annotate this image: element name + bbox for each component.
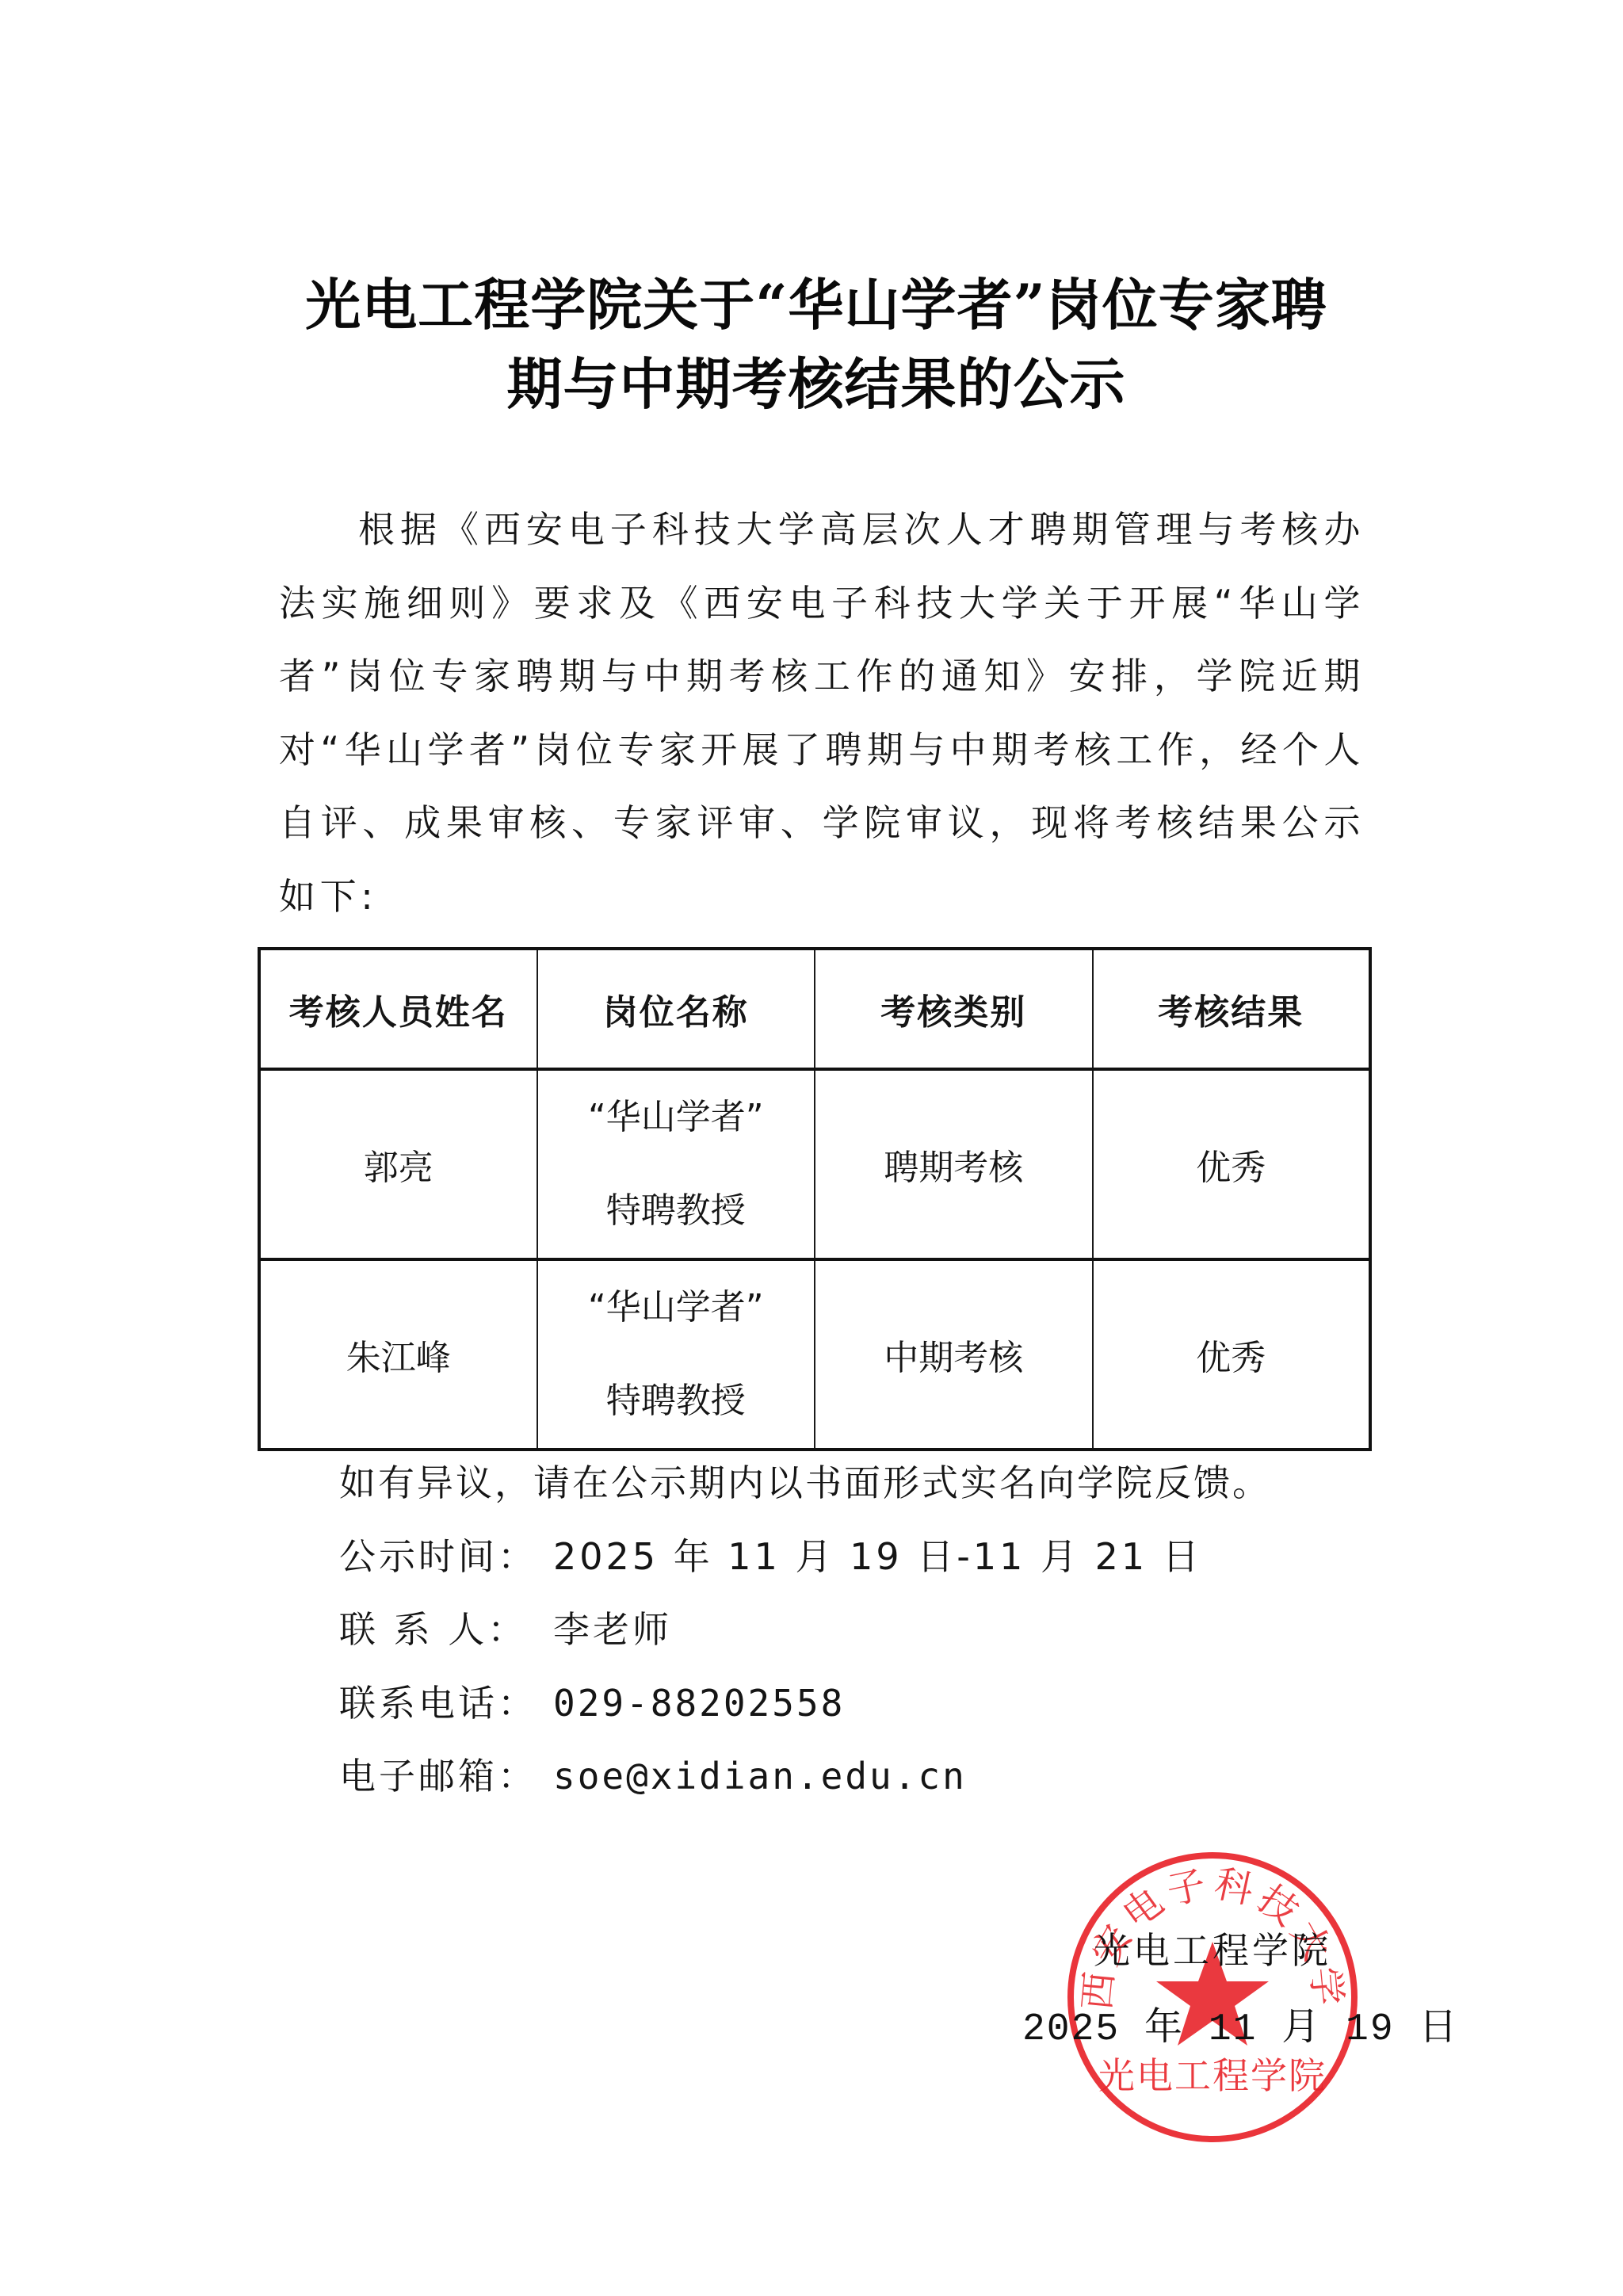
signature-organization: 光电工程学院: [1074, 1922, 1351, 1974]
position-line-1: “华山学者”: [538, 1261, 815, 1354]
cell-result: 优秀: [1093, 1069, 1371, 1259]
cell-name: 郭亮: [259, 1069, 537, 1259]
document-title: 光电工程学院关于“华山学者”岗位专家聘 期与中期考核结果的公示: [262, 266, 1371, 424]
phone-label: 联系电话：: [339, 1667, 553, 1740]
period-row: 公示时间：2025 年 11 月 19 日-11 月 21 日: [339, 1520, 1369, 1594]
contact-person-row: 联 系 人：李老师: [339, 1593, 1369, 1667]
email-row: 电子邮箱：soe@xidian.edu.cn: [339, 1740, 1369, 1813]
phone-row: 联系电话：029-88202558: [339, 1667, 1369, 1740]
objection-note: 如有异议，请在公示期内以书面形式实名向学院反馈。: [339, 1446, 1369, 1520]
header-position: 岗位名称: [537, 949, 815, 1069]
position-line-1: “华山学者”: [538, 1071, 815, 1164]
period-label: 公示时间：: [339, 1520, 553, 1594]
position-line-2: 特聘教授: [538, 1354, 815, 1448]
cell-category: 聘期考核: [815, 1069, 1093, 1259]
header-name: 考核人员姓名: [259, 949, 537, 1069]
results-table: 考核人员姓名 岗位名称 考核类别 考核结果 郭亮 “华山学者” 特聘教授 聘期考…: [258, 947, 1372, 1451]
body-paragraph: 根据《西安电子科技大学高层次人才聘期管理与考核办法实施细则》要求及《西安电子科技…: [279, 493, 1365, 933]
seal-inner-text: 光电工程学院: [1098, 2054, 1327, 2097]
signature-date: 2025 年 11 月 19 日: [1022, 1996, 1395, 2051]
cell-category: 中期考核: [815, 1259, 1093, 1450]
header-category: 考核类别: [815, 949, 1093, 1069]
period-value: 2025 年 11 月 19 日-11 月 21 日: [553, 1535, 1202, 1578]
notes-section: 如有异议，请在公示期内以书面形式实名向学院反馈。 公示时间：2025 年 11 …: [339, 1446, 1369, 1813]
table-header-row: 考核人员姓名 岗位名称 考核类别 考核结果: [259, 949, 1370, 1069]
email-label: 电子邮箱：: [339, 1740, 553, 1813]
table-row: 郭亮 “华山学者” 特聘教授 聘期考核 优秀: [259, 1069, 1370, 1259]
contact-person-value: 李老师: [553, 1608, 672, 1651]
title-line-2: 期与中期考核结果的公示: [262, 345, 1371, 424]
table-row: 朱江峰 “华山学者” 特聘教授 中期考核 优秀: [259, 1259, 1370, 1450]
email-value[interactable]: soe@xidian.edu.cn: [553, 1755, 967, 1797]
position-line-2: 特聘教授: [538, 1164, 815, 1258]
cell-position: “华山学者” 特聘教授: [537, 1259, 815, 1450]
header-result: 考核结果: [1093, 949, 1371, 1069]
phone-value: 029-88202558: [553, 1682, 845, 1725]
title-line-1: 光电工程学院关于“华山学者”岗位专家聘: [262, 266, 1371, 345]
document-page: 光电工程学院关于“华山学者”岗位专家聘 期与中期考核结果的公示 根据《西安电子科…: [0, 0, 1623, 2296]
contact-person-label: 联 系 人：: [339, 1593, 553, 1667]
cell-result: 优秀: [1093, 1259, 1371, 1450]
cell-position: “华山学者” 特聘教授: [537, 1069, 815, 1259]
cell-name: 朱江峰: [259, 1259, 537, 1450]
